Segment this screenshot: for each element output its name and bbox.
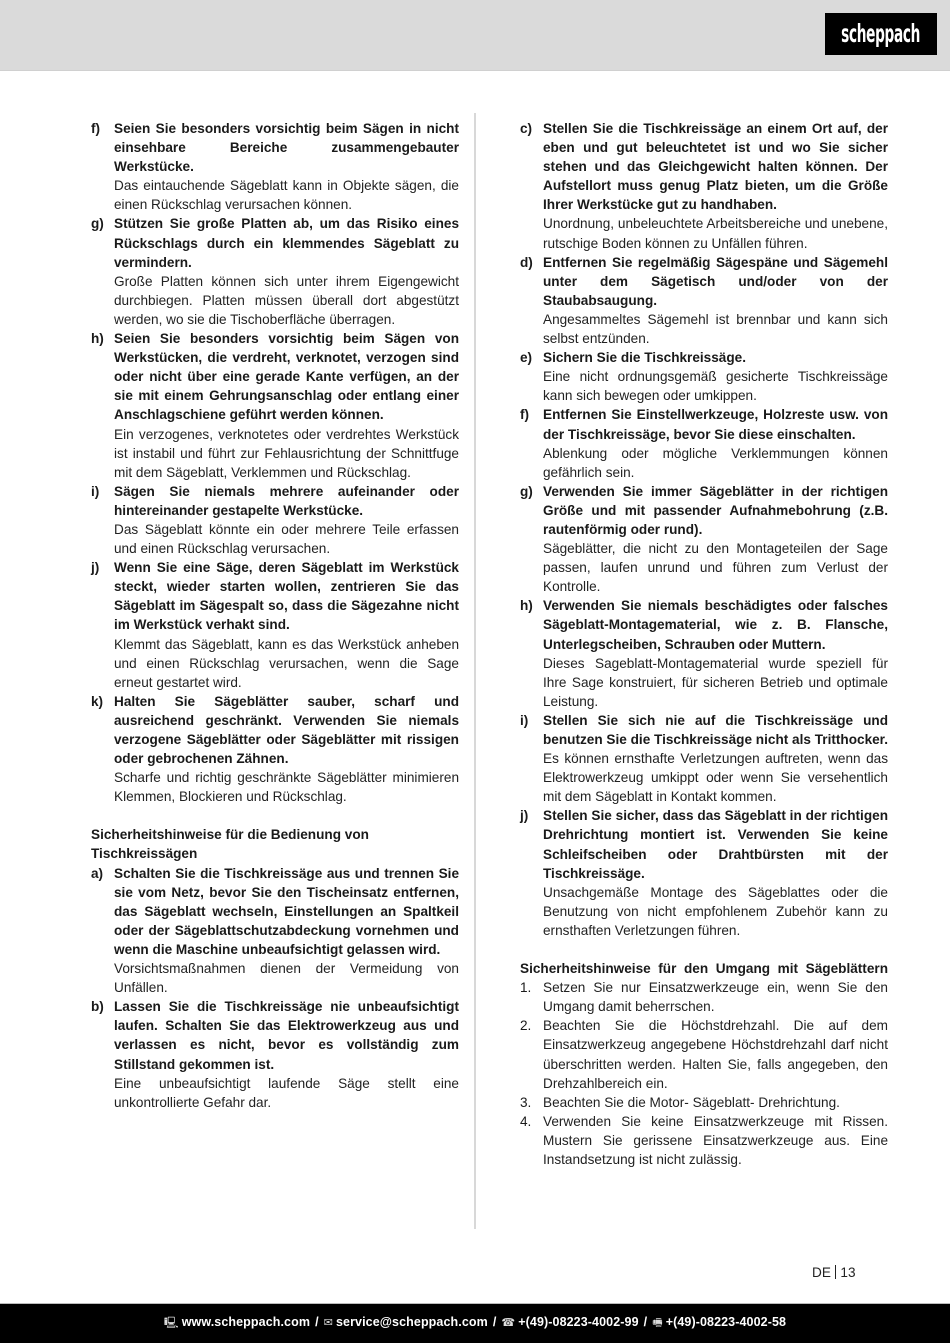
computer-icon: 🖳 <box>164 1317 179 1329</box>
item-marker: j) <box>91 558 99 577</box>
list-item: d) Entfernen Sie regelmäßig Sägespäne un… <box>520 253 888 348</box>
footer-phone: +(49)-08223-4002-99 <box>518 1315 638 1329</box>
item-marker: f) <box>520 405 529 424</box>
item-lead: Schalten Sie die Tischkreissäge aus und … <box>114 864 459 959</box>
item-lead: Stellen Sie die Tischkreissäge an einem … <box>543 119 888 214</box>
logo-text: scheppach <box>842 20 921 49</box>
item-marker: k) <box>91 692 103 711</box>
section-heading: Sicherheitshinweise für die Bedienung vo… <box>91 825 459 863</box>
item-body: Dieses Sageblatt-Montagematerial wurde s… <box>543 654 888 711</box>
footer-contact: 🖳www.scheppach.com/✉service@scheppach.co… <box>164 1314 786 1333</box>
item-marker: i) <box>91 482 99 501</box>
list-item: g) Verwenden Sie immer Sägeblätter in de… <box>520 482 888 597</box>
page-number-value: 13 <box>840 1265 855 1280</box>
item-lead: Entfernen Sie Einstellwerkzeuge, Holzres… <box>543 405 888 443</box>
footer-bar: 🖳www.scheppach.com/✉service@scheppach.co… <box>0 1303 950 1343</box>
footer-separator: / <box>493 1315 497 1329</box>
footer-separator: / <box>315 1315 319 1329</box>
list-item: e) Sichern Sie die Tischkreissäge. Eine … <box>520 348 888 405</box>
item-body: Vorsichtsmaßnahmen dienen der Vermeidung… <box>114 959 459 997</box>
item-body: Unsachgemäße Montage des Sägeblattes ode… <box>543 883 888 940</box>
item-body: Beachten Sie die Motor- Sägeblatt- Drehr… <box>543 1093 888 1112</box>
scheppach-logo: scheppach <box>825 13 937 55</box>
phone-icon: ☎ <box>501 1317 515 1329</box>
page-separator <box>835 1265 837 1279</box>
item-lead: Stützen Sie große Platten ab, um das Ris… <box>114 214 459 271</box>
list-item: c) Stellen Sie die Tischkreissäge an ein… <box>520 119 888 253</box>
list-item: f) Seien Sie besonders vorsichtig beim S… <box>91 119 459 214</box>
list-item: b) Lassen Sie die Tischkreissäge nie unb… <box>91 997 459 1112</box>
list-item: i) Sägen Sie niemals mehrere aufeinander… <box>91 482 459 558</box>
item-body: Scharfe und richtig geschränkte Sägeblät… <box>114 768 459 806</box>
section-heading: Sicherheitshinweise für den Umgang mit S… <box>520 959 888 978</box>
language-code: DE <box>812 1265 831 1280</box>
item-lead: Sägen Sie niemals mehrere aufeinander od… <box>114 482 459 520</box>
list-item: f) Entfernen Sie Einstellwerkzeuge, Holz… <box>520 405 888 481</box>
item-body: Sägeblätter, die nicht zu den Montagetei… <box>543 539 888 596</box>
item-lead: Entfernen Sie regelmäßig Sägespäne und S… <box>543 253 888 310</box>
item-body: Große Platten können sich unter ihrem Ei… <box>114 272 459 329</box>
item-lead: Verwenden Sie immer Sägeblätter in der r… <box>543 482 888 539</box>
item-marker: d) <box>520 253 533 272</box>
item-body: Klemmt das Sägeblatt, kann es das Werkst… <box>114 635 459 692</box>
item-number: 4. <box>520 1112 531 1131</box>
item-marker: c) <box>520 119 532 138</box>
item-marker: h) <box>520 596 533 615</box>
item-lead: Wenn Sie eine Säge, deren Sägeblatt im W… <box>114 558 459 634</box>
item-lead: Sichern Sie die Tischkreissäge. <box>543 348 888 367</box>
item-lead: Seien Sie besonders vorsichtig beim Säge… <box>114 329 459 424</box>
list-item: h) Seien Sie besonders vorsichtig beim S… <box>91 329 459 482</box>
right-column: c) Stellen Sie die Tischkreissäge an ein… <box>520 119 888 1169</box>
list-item: a) Schalten Sie die Tischkreissäge aus u… <box>91 864 459 998</box>
footer-website-link[interactable]: www.scheppach.com <box>182 1315 310 1329</box>
numbered-item: 4. Verwenden Sie keine Einsatzwerkzeuge … <box>520 1112 888 1169</box>
item-body: Beachten Sie die Höchstdrehzahl. Die auf… <box>543 1016 888 1092</box>
item-marker: g) <box>91 214 104 233</box>
list-item: i) Stellen Sie sich nie auf die Tischkre… <box>520 711 888 806</box>
item-marker: b) <box>91 997 104 1016</box>
item-lead: Lassen Sie die Tischkreissäge nie unbeau… <box>114 997 459 1073</box>
item-lead: Stellen Sie sicher, dass das Sägeblatt i… <box>543 806 888 882</box>
item-marker: h) <box>91 329 104 348</box>
list-item: j) Stellen Sie sicher, dass das Sägeblat… <box>520 806 888 940</box>
item-body: Ein verzogenes, verknotetes oder verdreh… <box>114 425 459 482</box>
item-body: Angesammeltes Sägemehl ist brennbar und … <box>543 310 888 348</box>
item-number: 3. <box>520 1093 531 1112</box>
item-body: Eine unbeaufsichtigt laufende Säge stell… <box>114 1074 459 1112</box>
page-number: DE13 <box>812 1265 856 1280</box>
item-body: Es können ernsthafte Verletzungen auftre… <box>543 749 888 806</box>
item-marker: i) <box>520 711 528 730</box>
left-column: f) Seien Sie besonders vorsichtig beim S… <box>91 119 459 1112</box>
item-marker: f) <box>91 119 100 138</box>
item-lead: Halten Sie Sägeblätter sauber, scharf un… <box>114 692 459 768</box>
header-band: scheppach <box>0 0 950 71</box>
item-body: Das eintauchende Sägeblatt kann in Objek… <box>114 176 459 214</box>
column-divider <box>474 113 476 1229</box>
list-item: h) Verwenden Sie niemals beschädigtes od… <box>520 596 888 711</box>
item-lead: Stellen Sie sich nie auf die Tischkreiss… <box>543 711 888 749</box>
footer-fax: +(49)-08223-4002-58 <box>666 1315 786 1329</box>
item-lead: Verwenden Sie niemals beschädigtes oder … <box>543 596 888 653</box>
item-marker: g) <box>520 482 533 501</box>
item-number: 1. <box>520 978 531 997</box>
item-marker: a) <box>91 864 103 883</box>
fax-icon: 🖷 <box>652 1317 662 1329</box>
item-body: Verwenden Sie keine Einsatzwerkzeuge mit… <box>543 1112 888 1169</box>
email-icon: ✉ <box>324 1317 333 1329</box>
item-marker: j) <box>520 806 528 825</box>
item-body: Ablenkung oder mögliche Verklemmungen kö… <box>543 444 888 482</box>
item-body: Das Sägeblatt könnte ein oder mehrere Te… <box>114 520 459 558</box>
item-marker: e) <box>520 348 532 367</box>
footer-separator: / <box>644 1315 648 1329</box>
footer-email-link[interactable]: service@scheppach.com <box>336 1315 488 1329</box>
list-item: g) Stützen Sie große Platten ab, um das … <box>91 214 459 329</box>
item-lead: Seien Sie besonders vorsichtig beim Säge… <box>114 119 459 176</box>
list-item: k) Halten Sie Sägeblätter sauber, scharf… <box>91 692 459 807</box>
item-body: Unordnung, unbeleuchtete Arbeitsbereiche… <box>543 214 888 252</box>
item-number: 2. <box>520 1016 531 1035</box>
numbered-item: 2. Beachten Sie die Höchstdrehzahl. Die … <box>520 1016 888 1092</box>
numbered-item: 1. Setzen Sie nur Einsatzwerkzeuge ein, … <box>520 978 888 1016</box>
item-body: Setzen Sie nur Einsatzwerkzeuge ein, wen… <box>543 978 888 1016</box>
numbered-item: 3. Beachten Sie die Motor- Sägeblatt- Dr… <box>520 1093 888 1112</box>
list-item: j) Wenn Sie eine Säge, deren Sägeblatt i… <box>91 558 459 692</box>
item-body: Eine nicht ordnungsgemäß gesicherte Tisc… <box>543 367 888 405</box>
